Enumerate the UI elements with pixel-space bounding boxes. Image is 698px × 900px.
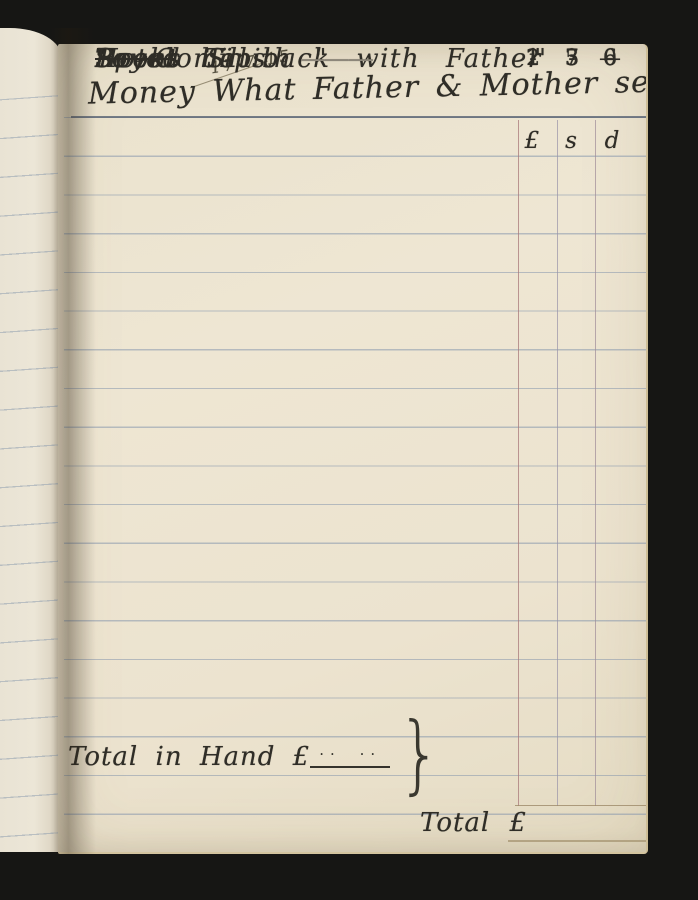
ledger-page: 17-7-15 Money What Father & Mother send …	[58, 44, 648, 854]
total-in-hand-ditto-dots: ·· ··	[319, 745, 381, 763]
total-in-hand-underline: ·· ··	[310, 742, 390, 768]
column-header-shillings: s	[554, 128, 588, 154]
ledger-row: Payed Smith 3 6	[58, 44, 646, 82]
column-header-pence: d	[595, 128, 629, 154]
column-header-pounds: £	[515, 128, 549, 154]
total-in-hand-row: Total in Hand £·· ··}	[68, 736, 446, 816]
title-underline-rule	[71, 116, 646, 118]
pounds-column-line	[518, 120, 519, 806]
entry-value-shillings: 3	[555, 46, 589, 71]
total-in-hand-label: Total in Hand £	[68, 742, 310, 772]
shillings-column-line	[557, 120, 558, 806]
entry-value-pence: 6	[593, 46, 627, 71]
column-footer-rule	[515, 805, 646, 806]
scan-backdrop: 17-7-15 Money What Father & Mother send …	[0, 0, 698, 900]
previous-page-edge	[0, 28, 62, 852]
total-amount-line	[508, 840, 648, 842]
total-label: Total £	[420, 808, 527, 838]
entry-text: Payed Smith	[95, 44, 292, 74]
total-row: Total £	[420, 808, 527, 838]
previous-page-ruled-lines	[0, 95, 62, 852]
entry-label: Payed Smith	[95, 44, 292, 74]
pence-column-line	[595, 120, 596, 806]
